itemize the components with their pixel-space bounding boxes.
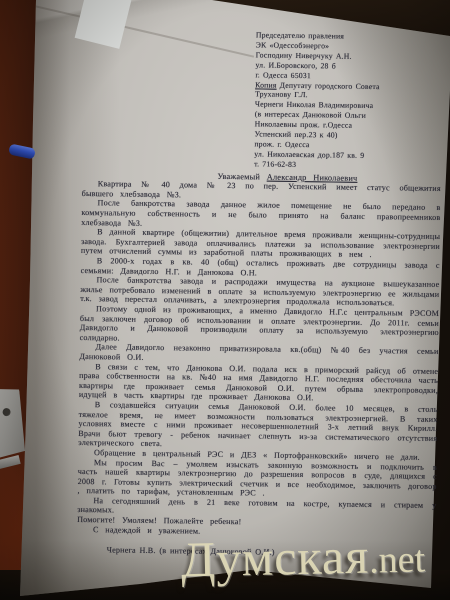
- recipient-block: Председателю правления ЭК «Одессобэнерго…: [254, 30, 443, 171]
- letter-text: Председателю правления ЭК «Одессобэнерго…: [77, 28, 443, 560]
- letter-body: Квартира № 40 дома № 23 по пер. Успенски…: [77, 179, 441, 539]
- letter-paragraph: Поэтому одной из проживающих, а именно Д…: [80, 304, 440, 347]
- letter-paragraph: В создавшейся ситуации семья Данюковой О…: [78, 400, 438, 453]
- copy-rest: Депутату городского Совета: [277, 80, 380, 90]
- photo-scene: Председателю правления ЭК «Одессобэнерго…: [0, 0, 450, 600]
- salutation-name: Александр Николаевич: [267, 172, 358, 182]
- copy-label: Копия: [255, 80, 276, 89]
- stapler-hole: [2, 408, 11, 417]
- stapler-base: [0, 455, 21, 470]
- salutation-prefix: Уважаемый: [217, 172, 266, 182]
- recipient-line: т. 716-62-83: [254, 159, 441, 172]
- letter-paragraph: Мы просим Вас – умоляем изыскать законну…: [77, 457, 437, 500]
- pen-cap-object: [8, 143, 36, 159]
- letter-paragraph: В связи с тем, что Данюкова О.И. подала …: [79, 362, 439, 405]
- watermark: Думская.net: [180, 525, 425, 588]
- watermark-main-text: Думская: [180, 528, 369, 588]
- stapler-object: [0, 384, 29, 458]
- watermark-suffix-text: .net: [369, 538, 426, 581]
